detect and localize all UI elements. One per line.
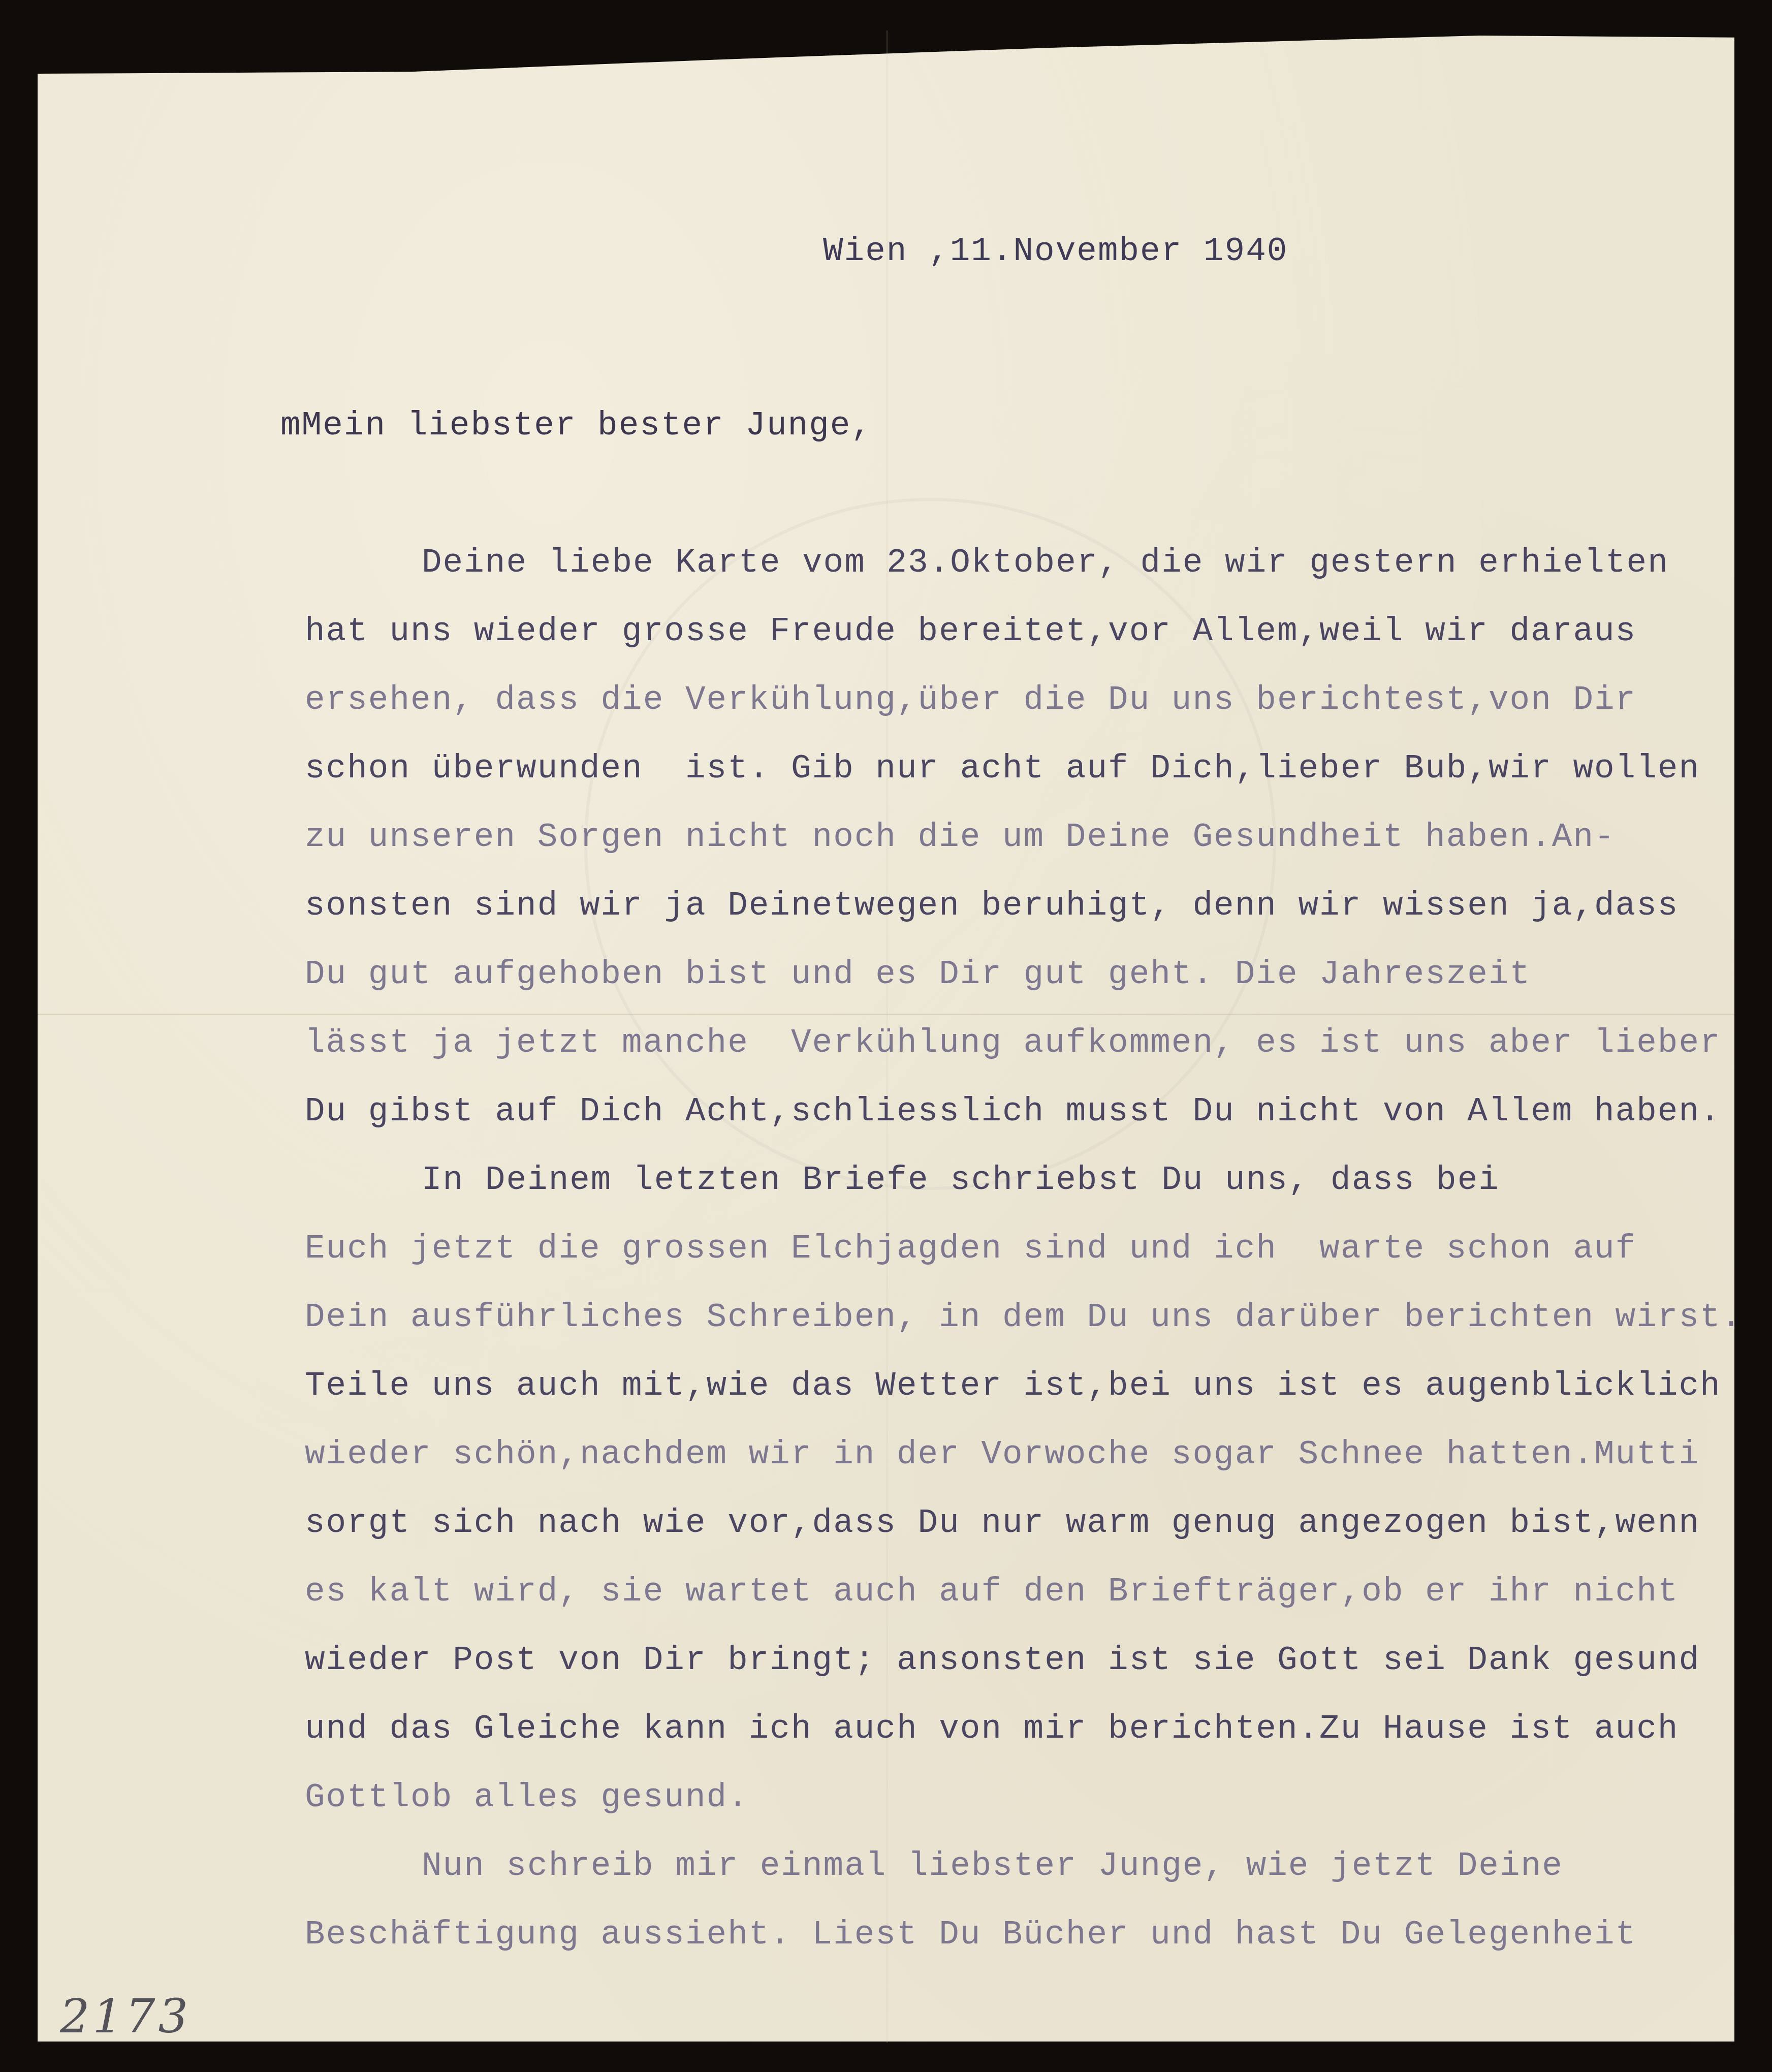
letter-line: Beschäftigung aussieht. Liest Du Bücher …	[305, 1918, 1636, 1952]
letter-line: hat uns wieder grosse Freude bereitet,vo…	[305, 615, 1636, 648]
paper-fold-horizontal	[38, 1014, 1734, 1015]
letter-line: Du gut aufgehoben bist und es Dir gut ge…	[305, 958, 1531, 991]
letter-line: es kalt wird, sie wartet auch auf den Br…	[305, 1575, 1679, 1609]
letter-line: sorgt sich nach wie vor,dass Du nur warm…	[305, 1506, 1700, 1540]
letter-line: wieder Post von Dir bringt; ansonsten is…	[305, 1644, 1700, 1677]
letter-line: ersehen, dass die Verkühlung,über die Du…	[305, 683, 1636, 717]
letter-line: Nun schreib mir einmal liebster Junge, w…	[422, 1849, 1563, 1883]
letter-line: Dein ausführliches Schreiben, in dem Du …	[305, 1301, 1742, 1334]
salutation: mMein liebster bester Junge,	[280, 409, 872, 443]
dateline: Wien ,11.November 1940	[823, 235, 1288, 268]
letter-line: In Deinem letzten Briefe schriebst Du un…	[422, 1164, 1500, 1197]
letter-line: wieder schön,nachdem wir in der Vorwoche…	[305, 1438, 1700, 1471]
letter-line: Euch jetzt die grossen Elchjagden sind u…	[305, 1232, 1636, 1266]
letter-line: Deine liebe Karte vom 23.Oktober, die wi…	[422, 546, 1669, 580]
letter-line: Teile uns auch mit,wie das Wetter ist,be…	[305, 1369, 1721, 1403]
letter-line: zu unseren Sorgen nicht noch die um Dein…	[305, 821, 1616, 854]
letter-line: und das Gleiche kann ich auch von mir be…	[305, 1712, 1679, 1746]
letter-line: Gottlob alles gesund.	[305, 1781, 749, 1814]
letter-line: schon überwunden ist. Gib nur acht auf D…	[305, 752, 1700, 786]
letter-line: sonsten sind wir ja Deinetwegen beruhigt…	[305, 889, 1679, 923]
archive-number-handwritten: 2173	[60, 1989, 191, 2044]
letter-line: lässt ja jetzt manche Verkühlung aufkomm…	[305, 1026, 1721, 1060]
letter-line: Du gibst auf Dich Acht,schliesslich muss…	[305, 1095, 1721, 1128]
